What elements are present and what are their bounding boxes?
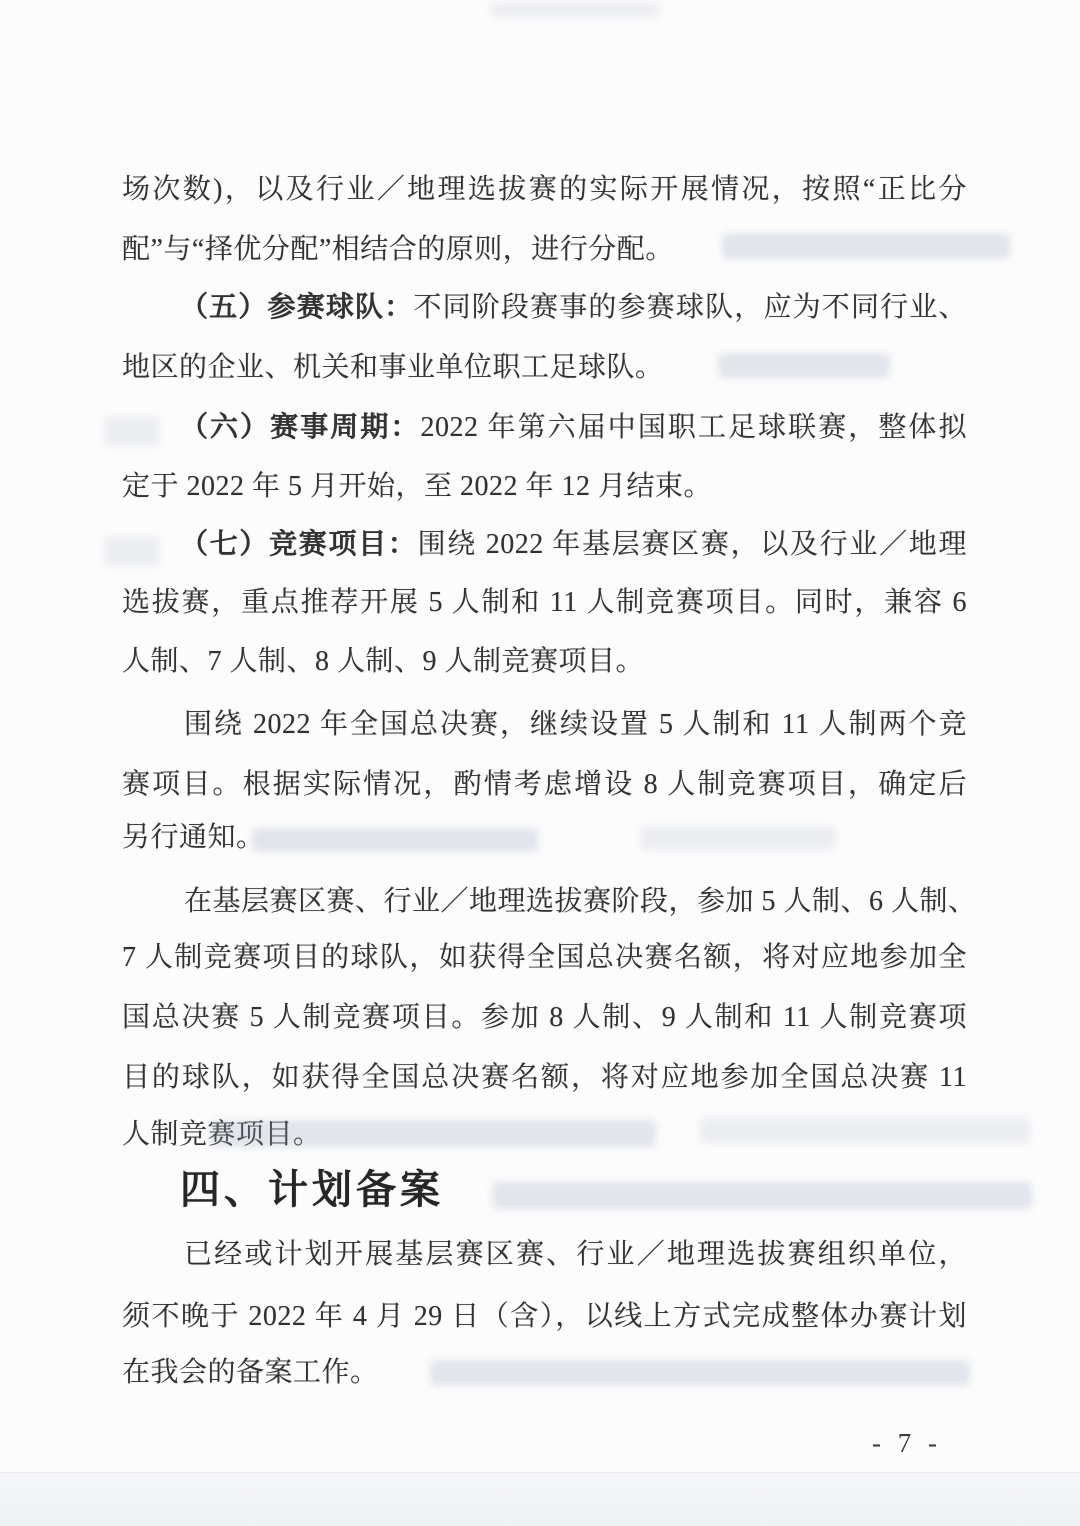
line-text: 另行通知。 [122,822,265,853]
line-text: 2022 年第六届中国职工足球联赛，整体拟 [421,412,967,443]
bleed-through-artifact [430,1360,970,1385]
document-line: （五）参赛球队：不同阶段赛事的参赛球队，应为不同行业、 [122,288,967,328]
document-line: 须不晚于 2022 年 4 月 29 日（含），以线上方式完成整体办赛计划 [122,1297,967,1337]
line-text: 须不晚于 2022 年 4 月 29 日（含），以线上方式完成整体办赛计划 [122,1301,967,1332]
document-line: 在基层赛区赛、行业／地理选拔赛阶段，参加 5 人制、6 人制、 [122,882,967,922]
document-line: 国总决赛 5 人制竞赛项目。参加 8 人制、9 人制和 11 人制竞赛项 [122,998,967,1038]
bleed-through-artifact [252,828,538,852]
document-line: 赛项目。根据实际情况，酌情考虑增设 8 人制竞赛项目，确定后 [122,765,967,805]
line-text: 赛项目。根据实际情况，酌情考虑增设 8 人制竞赛项目，确定后 [122,769,967,800]
document-line: 人制、7 人制、8 人制、9 人制竞赛项目。 [122,642,967,682]
document-line: （七）竞赛项目：围绕 2022 年基层赛区赛，以及行业／地理 [122,525,967,565]
bleed-through-artifact [104,416,160,446]
line-text: 围绕 2022 年基层赛区赛，以及行业／地理 [418,529,967,560]
line-text: 7 人制竞赛项目的球队，如获得全国总决赛名额，将对应地参加全 [122,942,967,973]
bleed-through-artifact [718,353,890,378]
line-text: 国总决赛 5 人制竞赛项目。参加 8 人制、9 人制和 11 人制竞赛项 [122,1002,967,1033]
line-text: 定于 2022 年 5 月开始，至 2022 年 12 月结束。 [122,471,712,502]
bleed-through-artifact [700,1117,1030,1144]
line-bold-prefix: （七）竞赛项目： [180,529,418,560]
document-line: 7 人制竞赛项目的球队，如获得全国总决赛名额，将对应地参加全 [122,938,967,978]
document-line: 场次数)，以及行业／地理选拔赛的实际开展情况，按照“正比分 [122,170,967,210]
line-text: 围绕 2022 年全国总决赛，继续设置 5 人制和 11 人制两个竞 [184,709,967,740]
line-text: 在基层赛区赛、行业／地理选拔赛阶段，参加 5 人制、6 人制、 [184,886,977,917]
line-text: 配”与“择优分配”相结合的原则，进行分配。 [122,234,674,265]
line-text: 不同阶段赛事的参赛球队，应为不同行业、 [413,292,967,323]
line-text: 地区的企业、机关和事业单位职工足球队。 [122,352,664,383]
page-number: - 7 - [862,1428,952,1458]
line-text: 人制、7 人制、8 人制、9 人制竞赛项目。 [122,646,644,677]
document-line: 目的球队，如获得全国总决赛名额，将对应地参加全国总决赛 11 [122,1058,967,1098]
line-bold-prefix: （六）赛事周期： [180,412,421,443]
document-line: 定于 2022 年 5 月开始，至 2022 年 12 月结束。 [122,467,967,507]
document-line: 另行通知。 [122,818,967,858]
scanned-document-page: 场次数)，以及行业／地理选拔赛的实际开展情况，按照“正比分 配”与“择优分配”相… [0,0,1080,1526]
bleed-through-artifact [722,233,1010,259]
bleed-through-artifact [640,826,836,850]
bleed-through-artifact [490,3,660,17]
document-line: 围绕 2022 年全国总决赛，继续设置 5 人制和 11 人制两个竞 [122,705,967,745]
bleed-through-artifact [104,536,160,566]
line-bold-prefix: （五）参赛球队： [180,292,413,323]
scan-edge-shading [0,1472,1080,1526]
document-line: 选拔赛，重点推荐开展 5 人制和 11 人制竞赛项目。同时，兼容 6 [122,583,967,623]
document-line: 已经或计划开展基层赛区赛、行业／地理选拔赛组织单位， [122,1235,967,1275]
line-text: 选拔赛，重点推荐开展 5 人制和 11 人制竞赛项目。同时，兼容 6 [122,587,967,618]
document-line: （六）赛事周期：2022 年第六届中国职工足球联赛，整体拟 [122,408,967,448]
line-text: 已经或计划开展基层赛区赛、行业／地理选拔赛组织单位， [184,1239,967,1270]
bleed-through-artifact [210,1120,656,1147]
bleed-through-artifact [492,1182,1032,1209]
line-text: 场次数)，以及行业／地理选拔赛的实际开展情况，按照“正比分 [122,174,967,205]
line-text: 在我会的备案工作。 [122,1357,379,1388]
line-text: 目的球队，如获得全国总决赛名额，将对应地参加全国总决赛 11 [122,1062,967,1093]
